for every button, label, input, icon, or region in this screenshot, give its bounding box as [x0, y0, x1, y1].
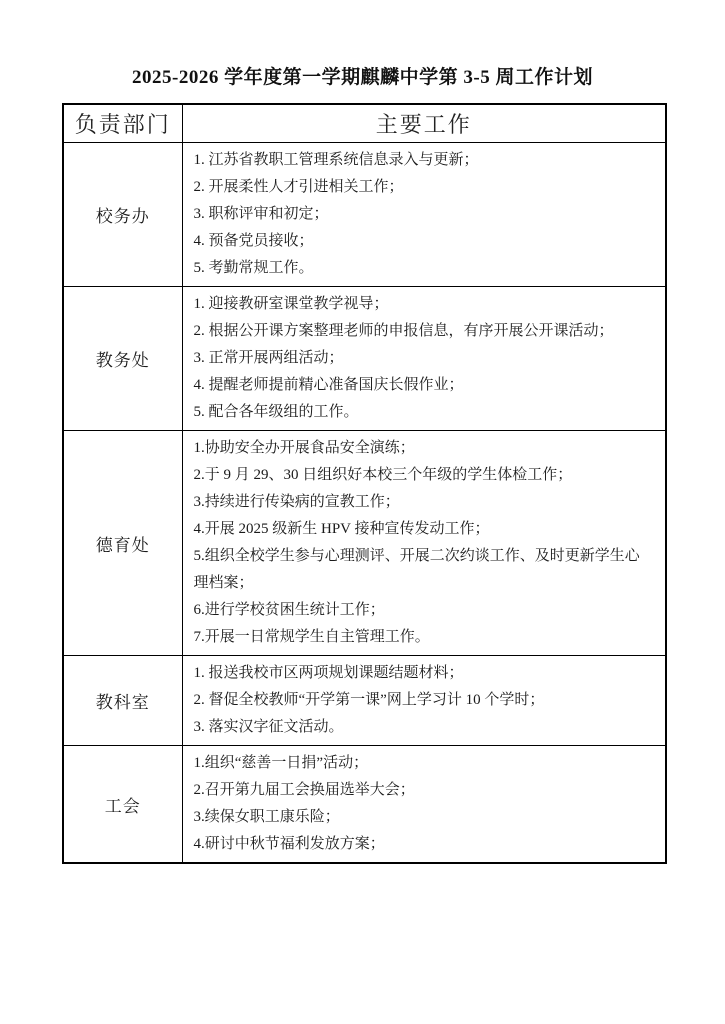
task-item: 5.组织全校学生参与心理测评、开展二次约谈工作、及时更新学生心理档案； [194, 543, 655, 597]
tasks-cell: 1. 报送我校市区两项规划课题结题材料；2. 督促全校教师“开学第一课”网上学习… [182, 656, 666, 746]
task-item: 4. 提醒老师提前精心准备国庆长假作业； [194, 372, 655, 399]
table-header-row: 负责部门 主要工作 [63, 104, 666, 143]
task-item: 3. 正常开展两组活动； [194, 345, 655, 372]
task-item: 2. 督促全校教师“开学第一课”网上学习计 10 个学时； [194, 687, 655, 714]
tasks-cell: 1.协助安全办开展食品安全演练；2.于 9 月 29、30 日组织好本校三个年级… [182, 431, 666, 656]
task-item: 1.协助安全办开展食品安全演练； [194, 435, 655, 462]
task-item: 1. 报送我校市区两项规划课题结题材料； [194, 660, 655, 687]
task-item: 2.召开第九届工会换届选举大会； [194, 777, 655, 804]
task-item: 2.于 9 月 29、30 日组织好本校三个年级的学生体检工作； [194, 462, 655, 489]
task-item: 5. 配合各年级组的工作。 [194, 399, 655, 426]
document-page: 2025-2026 学年度第一学期麒麟中学第 3-5 周工作计划 负责部门 主要… [0, 0, 725, 1024]
header-main-work: 主要工作 [182, 104, 666, 143]
task-item: 7.开展一日常规学生自主管理工作。 [194, 624, 655, 651]
task-item: 3.续保女职工康乐险； [194, 804, 655, 831]
task-item: 2. 开展柔性人才引进相关工作； [194, 174, 655, 201]
task-item: 1. 江苏省教职工管理系统信息录入与更新； [194, 147, 655, 174]
work-plan-table: 负责部门 主要工作 校务办 1. 江苏省教职工管理系统信息录入与更新；2. 开展… [62, 103, 667, 864]
department-cell: 德育处 [63, 431, 182, 656]
department-cell: 工会 [63, 746, 182, 864]
department-cell: 教务处 [63, 287, 182, 431]
task-item: 4.开展 2025 级新生 HPV 接种宣传发动工作； [194, 516, 655, 543]
task-item: 5. 考勤常规工作。 [194, 255, 655, 282]
task-item: 2. 根据公开课方案整理老师的申报信息，有序开展公开课活动； [194, 318, 655, 345]
task-item: 1. 迎接教研室课堂教学视导； [194, 291, 655, 318]
task-item: 4. 预备党员接收； [194, 228, 655, 255]
task-item: 6.进行学校贫困生统计工作； [194, 597, 655, 624]
table-row: 教务处 1. 迎接教研室课堂教学视导；2. 根据公开课方案整理老师的申报信息，有… [63, 287, 666, 431]
table-row: 工会 1.组织“慈善一日捐”活动；2.召开第九届工会换届选举大会；3.续保女职工… [63, 746, 666, 864]
tasks-cell: 1. 江苏省教职工管理系统信息录入与更新；2. 开展柔性人才引进相关工作；3. … [182, 143, 666, 287]
task-item: 3. 职称评审和初定； [194, 201, 655, 228]
plan-table-body: 校务办 1. 江苏省教职工管理系统信息录入与更新；2. 开展柔性人才引进相关工作… [63, 143, 666, 864]
table-row: 德育处 1.协助安全办开展食品安全演练；2.于 9 月 29、30 日组织好本校… [63, 431, 666, 656]
table-row: 教科室 1. 报送我校市区两项规划课题结题材料；2. 督促全校教师“开学第一课”… [63, 656, 666, 746]
document-title: 2025-2026 学年度第一学期麒麟中学第 3-5 周工作计划 [0, 0, 725, 89]
task-item: 3. 落实汉字征文活动。 [194, 714, 655, 741]
tasks-cell: 1.组织“慈善一日捐”活动；2.召开第九届工会换届选举大会；3.续保女职工康乐险… [182, 746, 666, 864]
table-row: 校务办 1. 江苏省教职工管理系统信息录入与更新；2. 开展柔性人才引进相关工作… [63, 143, 666, 287]
department-cell: 校务办 [63, 143, 182, 287]
task-item: 3.持续进行传染病的宣教工作； [194, 489, 655, 516]
department-cell: 教科室 [63, 656, 182, 746]
task-item: 4.研讨中秋节福利发放方案； [194, 831, 655, 858]
tasks-cell: 1. 迎接教研室课堂教学视导；2. 根据公开课方案整理老师的申报信息，有序开展公… [182, 287, 666, 431]
task-item: 1.组织“慈善一日捐”活动； [194, 750, 655, 777]
header-department: 负责部门 [63, 104, 182, 143]
